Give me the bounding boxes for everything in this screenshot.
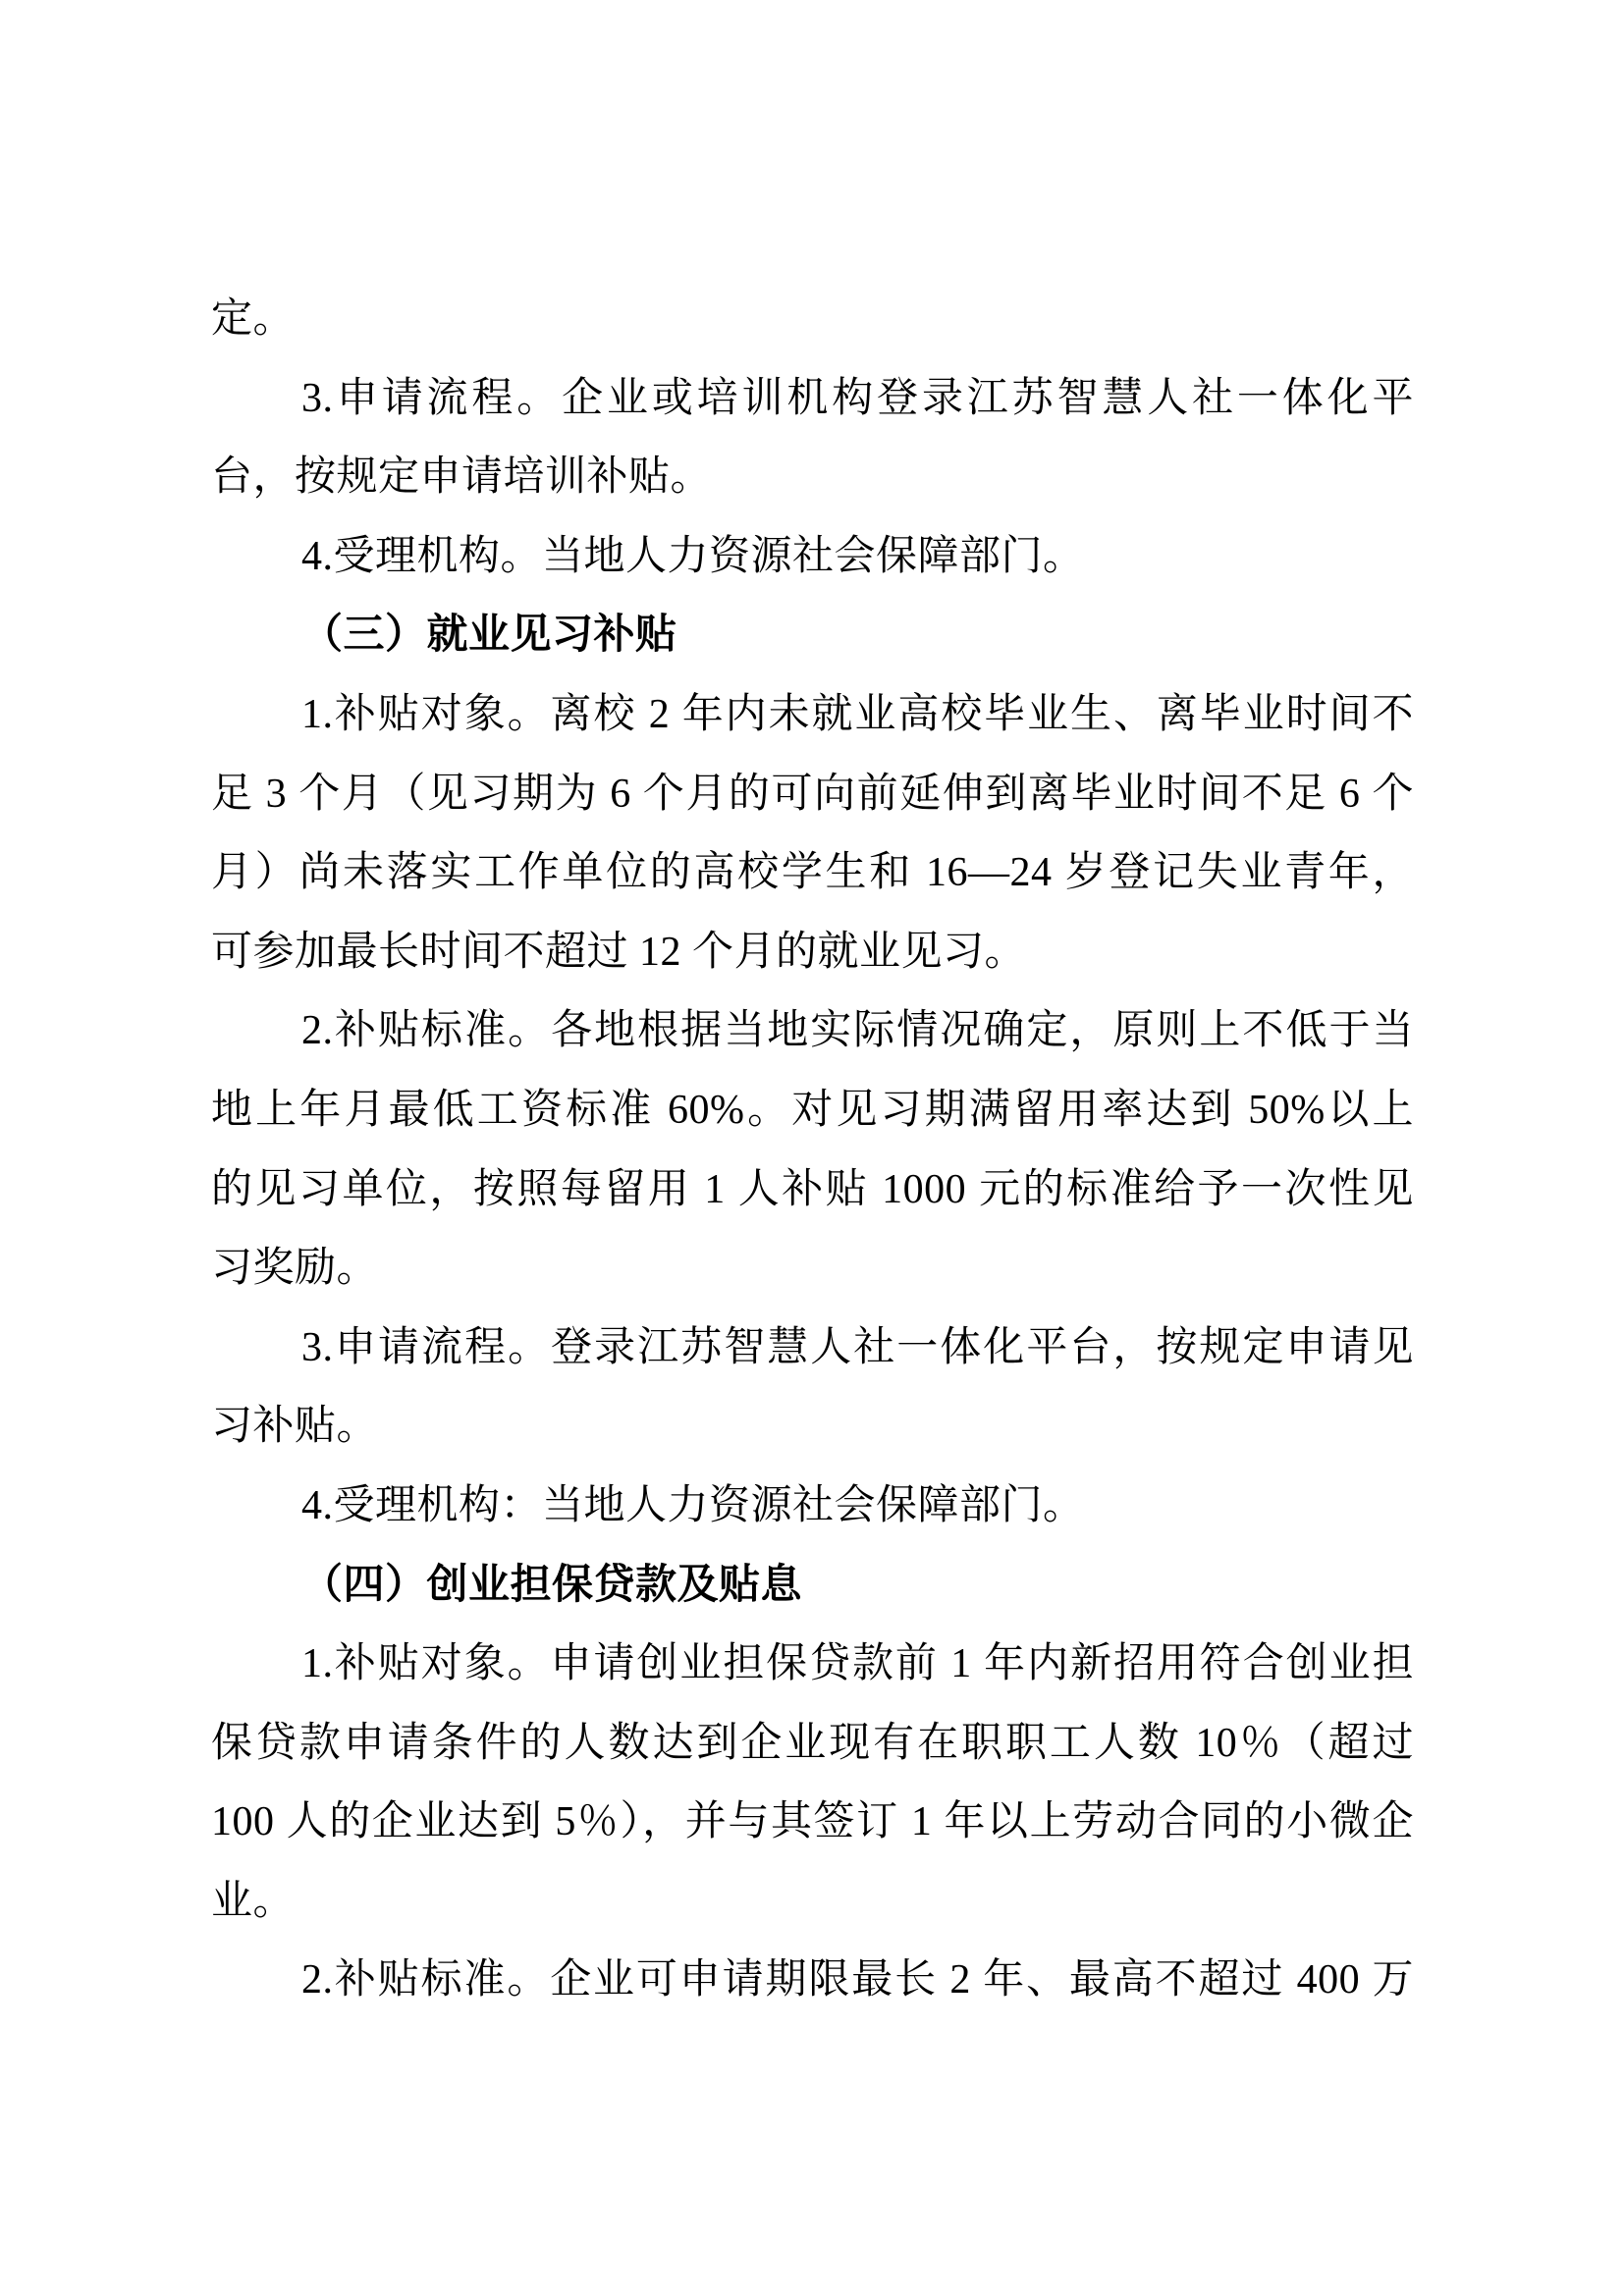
- text-line: 台，按规定申请培训补贴。: [211, 438, 1414, 517]
- section-heading: （四）创业担保贷款及贴息: [211, 1546, 1414, 1626]
- text-line: 100 人的企业达到 5％），并与其签订 1 年以上劳动合同的小微企: [211, 1783, 1414, 1862]
- text-line: 习补贴。: [211, 1387, 1414, 1467]
- text-line: 2.补贴标准。各地根据当地实际情况确定，原则上不低于当: [211, 991, 1414, 1071]
- text-line: 2.补贴标准。企业可申请期限最长 2 年、最高不超过 400 万: [211, 1941, 1414, 2020]
- document-page: 定。 3.申请流程。企业或培训机构登录江苏智慧人社一体化平 台，按规定申请培训补…: [0, 0, 1624, 2296]
- text-line: 保贷款申请条件的人数达到企业现有在职职工人数 10％（超过: [211, 1704, 1414, 1784]
- text-line: 1.补贴对象。申请创业担保贷款前 1 年内新招用符合创业担: [211, 1625, 1414, 1704]
- text-line: 4.受理机构：当地人力资源社会保障部门。: [211, 1467, 1414, 1546]
- section-heading: （三）就业见习补贴: [211, 596, 1414, 675]
- text-line: 1.补贴对象。离校 2 年内未就业高校毕业生、离毕业时间不: [211, 675, 1414, 755]
- text-line: 业。: [211, 1862, 1414, 1942]
- document-body: 定。 3.申请流程。企业或培训机构登录江苏智慧人社一体化平 台，按规定申请培训补…: [211, 280, 1414, 2020]
- text-line: 4.受理机构。当地人力资源社会保障部门。: [211, 517, 1414, 597]
- text-line: 可参加最长时间不超过 12 个月的就业见习。: [211, 913, 1414, 992]
- text-line: 地上年月最低工资标准 60%。对见习期满留用率达到 50%以上: [211, 1071, 1414, 1150]
- text-line: 月）尚未落实工作单位的高校学生和 16—24 岁登记失业青年，: [211, 833, 1414, 913]
- text-line: 3.申请流程。企业或培训机构登录江苏智慧人社一体化平: [211, 359, 1414, 439]
- text-line: 足 3 个月（见习期为 6 个月的可向前延伸到离毕业时间不足 6 个: [211, 755, 1414, 834]
- text-line: 定。: [211, 280, 1414, 359]
- text-line: 的见习单位，按照每留用 1 人补贴 1000 元的标准给予一次性见: [211, 1150, 1414, 1230]
- text-line: 习奖励。: [211, 1229, 1414, 1308]
- text-line: 3.申请流程。登录江苏智慧人社一体化平台，按规定申请见: [211, 1308, 1414, 1388]
